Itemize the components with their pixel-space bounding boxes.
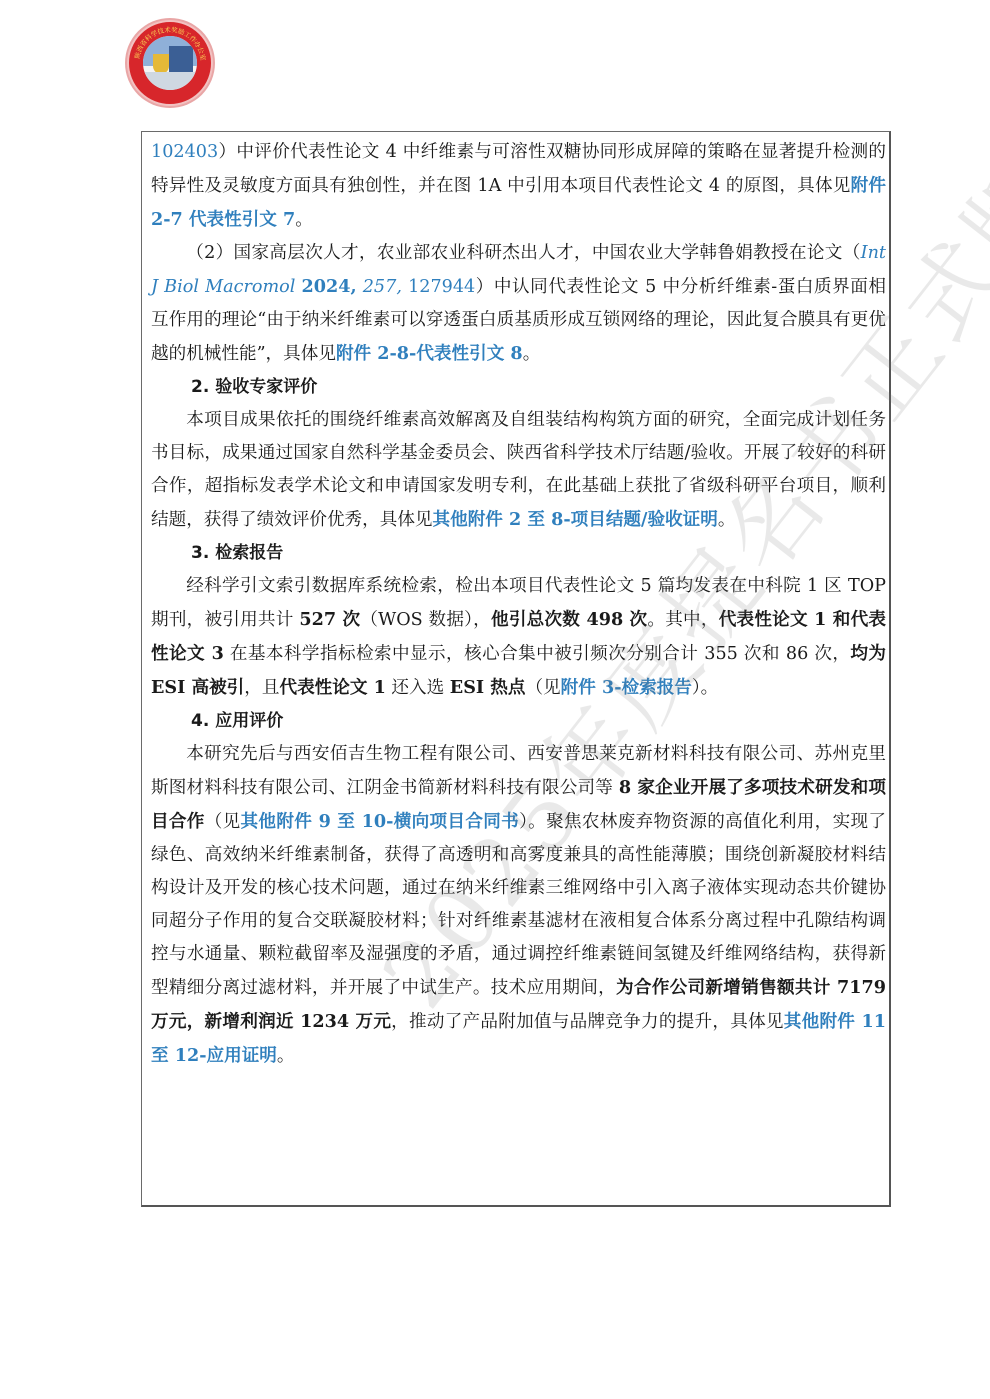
application-evaluation-paragraph: 本研究先后与西安佰吉生物工程有限公司、西安普思莱克新材料科技有限公司、苏州克里斯… [151, 738, 886, 1073]
paragraph-text: （见 [205, 812, 241, 832]
section-heading-search-report: 3. 检索报告 [151, 537, 886, 570]
organization-logo: 陕西省科学技术奖励工作办公室 [127, 20, 213, 106]
esi-hot-paper: ESI 热点 [450, 677, 526, 698]
paragraph-text: 还入选 [386, 678, 450, 698]
paragraph-text: ）。聚焦农林废弃物资源的高值化利用，实现了绿色、高效纳米纤维素制备，获得了高透明… [151, 812, 886, 998]
attachment-link-3-search-report[interactable]: 附件 3-检索报告 [561, 677, 692, 698]
section-heading-expert-evaluation: 2. 验收专家评价 [151, 371, 886, 404]
emphasis-paper-1: 代表性论文 1 [279, 677, 385, 698]
expert-evaluation-paragraph: 本项目成果依托的围绕纤维素高效解离及自组装结构构筑方面的研究，全面完成计划任务书… [151, 404, 886, 537]
paragraph-text: ）中评价代表性论文 4 中纤维素与可溶性双糖协同形成屏障的策略在显著提升检测的特… [151, 142, 886, 196]
journal-page[interactable]: 127944 [408, 277, 475, 297]
reference-link[interactable]: 102403 [151, 142, 218, 162]
paragraph-text: （WOS 数据）， [360, 610, 491, 630]
paragraph-text: ，且 [244, 678, 279, 698]
logo-ring-text: 陕西省科学技术奖励工作办公室 [129, 22, 211, 104]
paragraph-text: 。其中， [647, 610, 718, 630]
document-body: 102403）中评价代表性论文 4 中纤维素与可溶性双糖协同形成屏障的策略在显著… [151, 136, 886, 1073]
svg-text:陕西省科学技术奖励工作办公室: 陕西省科学技术奖励工作办公室 [132, 25, 208, 62]
citation-count: 527 次 [299, 609, 360, 630]
attachment-link-9-10-contracts[interactable]: 其他附件 9 至 10-横向项目合同书 [241, 811, 520, 832]
citation-paragraph-8: （2）国家高层次人才，农业部农业科研杰出人才，中国农业大学韩鲁娟教授在论文（In… [151, 237, 886, 371]
punctuation: 。 [277, 1046, 295, 1066]
section-heading-application-evaluation: 4. 应用评价 [151, 705, 886, 738]
paragraph-text: 在基本科学指标检索中显示，核心合集中被引频次分别合计 355 次和 86 次， [224, 644, 851, 664]
punctuation: 。 [718, 510, 736, 530]
paragraph-text: （见 [525, 678, 560, 698]
paragraph-text: ，推动了产品附加值与品牌竞争力的提升，具体见 [391, 1012, 784, 1032]
search-report-paragraph: 经科学引文索引数据库系统检索，检出本项目代表性论文 5 篇均发表在中科院 1 区… [151, 570, 886, 705]
punctuation: ）。 [692, 678, 718, 698]
paragraph-text: （2）国家高层次人才，农业部农业科研杰出人才，中国农业大学韩鲁娟教授在论文（ [186, 243, 860, 263]
punctuation: 。 [523, 344, 541, 364]
journal-year[interactable]: 2024, [302, 276, 357, 297]
attachment-link-2-8[interactable]: 附件 2-8-代表性引文 8 [336, 343, 523, 364]
journal-volume[interactable]: 257, [363, 277, 402, 297]
attachment-link-2-8-acceptance[interactable]: 其他附件 2 至 8-项目结题/验收证明 [433, 509, 718, 530]
citation-paragraph-7: 102403）中评价代表性论文 4 中纤维素与可溶性双糖协同形成屏障的策略在显著… [151, 136, 886, 237]
punctuation: 。 [295, 210, 313, 230]
other-citation-count: 他引总次数 498 次 [491, 609, 647, 630]
